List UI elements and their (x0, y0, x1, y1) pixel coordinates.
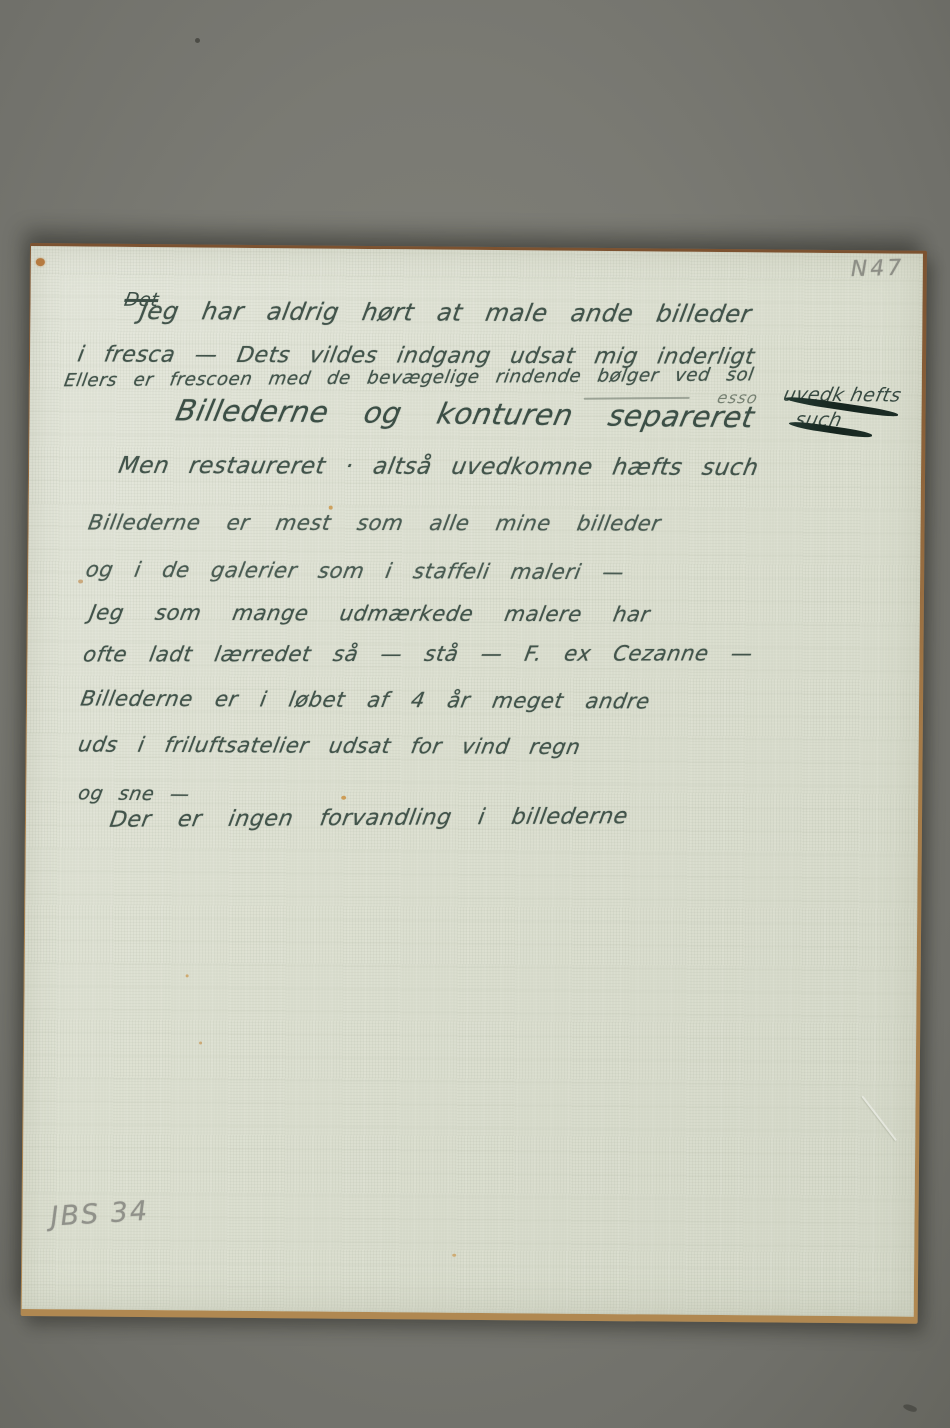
handwritten-line-11: uds i friluftsatelier udsat for vind reg… (76, 732, 582, 759)
paper-sheet: N47 Det Jeg har aldrig hørt at male ande… (22, 246, 923, 1317)
paper-crease (862, 1096, 897, 1141)
handwritten-line-6: Billederne er mest som alle mine billede… (86, 511, 663, 536)
mat-speck (902, 1403, 917, 1413)
rust-stain (452, 1254, 456, 1257)
rust-stain (341, 796, 346, 800)
handwritten-line-1: Jeg har aldrig hørt at male ande billede… (138, 298, 754, 329)
handwritten-line-9: ofte ladt lærredet så — stå — F. ex Ceza… (81, 641, 755, 666)
handwritten-line-4: Billederne og konturen separeret (173, 394, 758, 434)
handwritten-line-3: Ellers er frescoen med de bevægelige rin… (62, 365, 755, 392)
handwritten-line-5: Men restaureret · altså uvedkomne hæfts … (116, 453, 760, 482)
handwritten-line-10: Billederne er i løbet af 4 år meget andr… (79, 686, 652, 713)
manuscript-paper: N47 Det Jeg har aldrig hørt at male ande… (22, 246, 923, 1317)
margin-scribble: esso (715, 388, 760, 407)
mat-speck (195, 38, 200, 43)
photograph-background: N47 Det Jeg har aldrig hørt at male ande… (0, 0, 950, 1428)
handwritten-line-7: og i de galerier som i staffeli maleri — (84, 558, 626, 585)
catalog-number-pencil: N47 (851, 256, 905, 282)
rust-stain (199, 1041, 202, 1044)
handwritten-line-13: Der er ingen forvandling i billederne (108, 804, 630, 833)
collection-mark-pencil: JBS 34 (50, 1196, 150, 1233)
handwritten-line-12: og sne — (76, 783, 191, 806)
handwritten-line-8: Jeg som mange udmærkede malere har (88, 601, 653, 627)
rust-stain (329, 506, 333, 510)
rust-stain (186, 974, 189, 977)
rust-stain (78, 579, 83, 583)
rust-stain (36, 258, 45, 266)
